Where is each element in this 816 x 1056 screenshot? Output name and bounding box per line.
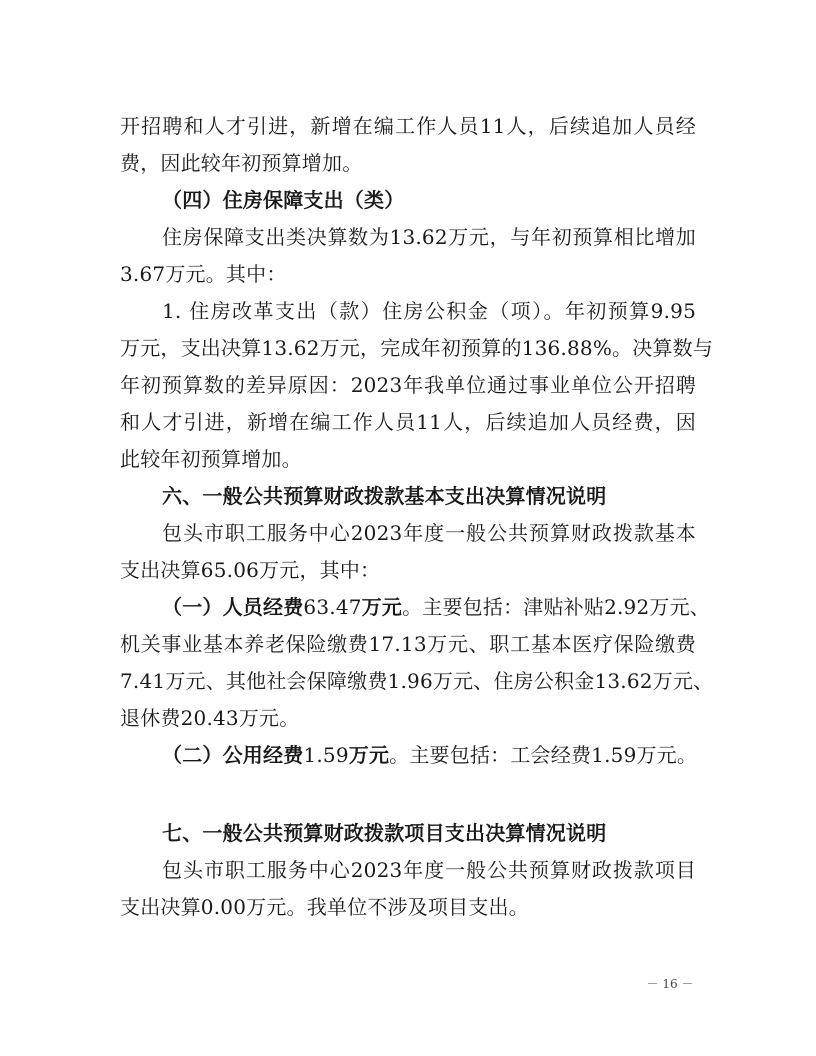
- page-number: － 16 －: [640, 975, 700, 992]
- paragraph-line: 机关事业基本养老保险缴费17.13万元、职工基本医疗保险缴费: [120, 629, 696, 659]
- paragraph-line: 3.67万元。其中：: [120, 259, 696, 289]
- personnel-expense-amount: 63.47: [303, 595, 361, 619]
- paragraph-line: 开招聘和人才引进，新增在编工作人员11人，后续追加人员经: [120, 111, 696, 141]
- paragraph-line: 7.41万元、其他社会保障缴费1.96万元、住房公积金13.62万元、: [120, 666, 696, 696]
- paragraph-line: 支出决算0.00万元。我单位不涉及项目支出。: [120, 892, 696, 922]
- document-page: 开招聘和人才引进，新增在编工作人员11人，后续追加人员经 费，因此较年初预算增加…: [0, 0, 816, 1056]
- paragraph-line: 此较年初预算增加。: [120, 444, 696, 474]
- public-expense-amount: 1.59: [303, 743, 348, 767]
- paragraph-line: 和人才引进，新增在编工作人员11人，后续追加人员经费，因: [120, 407, 696, 437]
- personnel-expense-label: （一）人员经费: [162, 595, 303, 619]
- paragraph-line: 费，因此较年初预算增加。: [120, 148, 696, 178]
- paragraph-line: 万元，支出决算13.62万元，完成年初预算的136.88%。决算数与: [120, 333, 696, 363]
- paragraph-line: 退休费20.43万元。: [120, 703, 696, 733]
- public-expense-label: （二）公用经费: [162, 743, 303, 767]
- section-heading-housing: （四）住房保障支出（类）: [162, 185, 696, 215]
- personnel-expense-unit: 万元: [362, 595, 402, 619]
- paragraph-line: 1. 住房改革支出（款）住房公积金（项）。年初预算9.95: [162, 296, 696, 326]
- section-heading-basic-expenditure: 六、一般公共预算财政拨款基本支出决算情况说明: [162, 481, 696, 511]
- paragraph-line: 包头市职工服务中心2023年度一般公共预算财政拨款基本: [162, 518, 696, 548]
- paragraph-line: 包头市职工服务中心2023年度一般公共预算财政拨款项目: [162, 855, 696, 885]
- public-expense-detail: 。主要包括：工会经费1.59万元。: [389, 743, 697, 767]
- paragraph-line: 年初预算数的差异原因：2023年我单位通过事业单位公开招聘: [120, 370, 696, 400]
- public-expense-line: （二）公用经费1.59万元。主要包括：工会经费1.59万元。: [162, 740, 696, 770]
- personnel-expense-detail: 。主要包括：津贴补贴2.92万元、: [402, 595, 710, 619]
- section-heading-project-expenditure: 七、一般公共预算财政拨款项目支出决算情况说明: [162, 818, 696, 848]
- personnel-expense-line: （一）人员经费63.47万元。主要包括：津贴补贴2.92万元、: [162, 592, 696, 622]
- public-expense-unit: 万元: [349, 743, 389, 767]
- paragraph-line: 支出决算65.06万元，其中：: [120, 555, 696, 585]
- paragraph-line: 住房保障支出类决算数为13.62万元，与年初预算相比增加: [162, 222, 696, 252]
